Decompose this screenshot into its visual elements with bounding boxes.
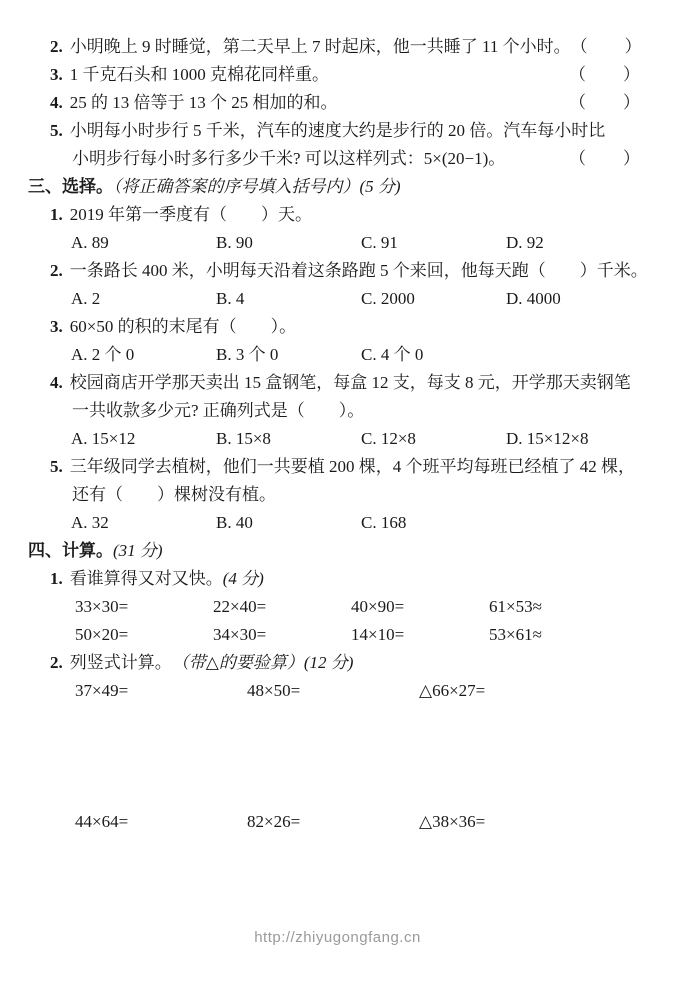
choice-options-1: A. 89B. 90C. 91D. 92 [0, 229, 675, 257]
option-a: A. 32 [71, 509, 216, 537]
item-text: 小明晚上 9 时睡觉，第二天早上 7 时起床，他一共睡了 11 个小时。 [70, 33, 571, 61]
option-c: C. 12×8 [361, 425, 506, 453]
footer-url: http://zhiyugongfang.cn [0, 928, 675, 948]
section-note: （将正确答案的序号填入括号内）(5 分) [113, 177, 401, 196]
answer-bracket: （ ） [569, 61, 641, 89]
judge-item-4: 4. 25 的 13 倍等于 13 个 25 相加的和。 （ ） [0, 89, 675, 117]
item-number: 5. [50, 117, 63, 145]
vertical-expression: 37×49= [75, 677, 247, 705]
vertical-expression: 48×50= [247, 677, 419, 705]
option-c: C. 91 [361, 229, 506, 257]
section-heading-calc: 四、计算。(31 分) [0, 537, 675, 565]
item-number: 3. [50, 61, 63, 89]
question-number: 4. [50, 369, 63, 397]
judge-item-5-continued: 小明步行每小时多行多少千米? 可以这样列式：5×(20−1)。 （ ） [0, 145, 675, 173]
calc-sub1-label: 1. 看谁算得又对又快。(4 分) [0, 565, 675, 593]
sub-number: 2. [50, 649, 63, 677]
vertical-expression: △66×27= [419, 677, 591, 705]
option-b: B. 15×8 [216, 425, 361, 453]
choice-options-3: A. 2 个 0B. 3 个 0C. 4 个 0 [0, 341, 675, 369]
option-b: B. 90 [216, 229, 361, 257]
option-c: C. 4 个 0 [361, 341, 506, 369]
oral-expression: 53×61≈ [489, 621, 627, 649]
oral-expression: 61×53≈ [489, 593, 627, 621]
option-a: A. 89 [71, 229, 216, 257]
vertical-expression: △38×36= [419, 808, 591, 836]
answer-bracket: （ ） [569, 145, 641, 173]
question-text: 2019 年第一季度有（ ）天。 [70, 201, 312, 229]
choice-question-2: 2. 一条路长 400 米，小明每天沿着这条路跑 5 个来回，他每天跑（ ）千米… [0, 257, 675, 285]
item-text: 小明步行每小时多行多少千米? 可以这样列式：5×(20−1)。 [72, 145, 505, 173]
option-d: D. 92 [506, 229, 651, 257]
oral-expression: 50×20= [75, 621, 213, 649]
question-text: 三年级同学去植树，他们一共要植 200 棵，4 个班平均每班已经植了 42 棵， [70, 453, 635, 481]
judge-item-3: 3. 1 千克石头和 1000 克棉花同样重。 （ ） [0, 61, 675, 89]
choice-options-5: A. 32B. 40C. 168 [0, 509, 675, 537]
choice-question-3: 3. 60×50 的积的末尾有（ ）。 [0, 313, 675, 341]
answer-bracket: （ ） [571, 33, 643, 61]
item-number: 2. [50, 33, 63, 61]
question-number: 3. [50, 313, 63, 341]
question-number: 1. [50, 201, 63, 229]
sub-label: 列竖式计算。 [70, 649, 172, 677]
question-text: 一共收款多少元? 正确列式是（ ）。 [72, 401, 364, 420]
item-number: 4. [50, 89, 63, 117]
question-text: 一条路长 400 米，小明每天沿着这条路跑 5 个来回，他每天跑（ ）千米。 [70, 257, 648, 285]
option-a: A. 2 [71, 285, 216, 313]
question-text: 校园商店开学那天卖出 15 盒钢笔，每盒 12 支，每支 8 元，开学那天卖钢笔 [70, 369, 631, 397]
oral-expression: 14×10= [351, 621, 489, 649]
question-text: 60×50 的积的末尾有（ ）。 [70, 313, 296, 341]
option-a: A. 15×12 [71, 425, 216, 453]
option-b: B. 40 [216, 509, 361, 537]
judge-item-5: 5. 小明每小时步行 5 千米，汽车的速度大约是步行的 20 倍。汽车每小时比 [0, 117, 675, 145]
section-title: 三、选择。 [28, 177, 113, 196]
oral-calc-row-1: 33×30=22×40=40×90=61×53≈ [0, 593, 675, 621]
answer-bracket: （ ） [569, 89, 641, 117]
sub-note: （带△的要验算）(12 分) [172, 649, 354, 677]
choice-options-2: A. 2B. 4C. 2000D. 4000 [0, 285, 675, 313]
vertical-expression: 82×26= [247, 808, 419, 836]
item-text: 小明每小时步行 5 千米，汽车的速度大约是步行的 20 倍。汽车每小时比 [70, 117, 606, 145]
choice-question-1: 1. 2019 年第一季度有（ ）天。 [0, 201, 675, 229]
oral-expression: 40×90= [351, 593, 489, 621]
section-title: 四、计算。 [28, 541, 113, 560]
item-text: 1 千克石头和 1000 克棉花同样重。 [70, 61, 329, 89]
vertical-calc-row-2: 44×64=82×26=△38×36= [0, 808, 675, 836]
sub-label: 看谁算得又对又快。 [70, 565, 223, 593]
option-d: D. 15×12×8 [506, 425, 651, 453]
oral-calc-row-2: 50×20=34×30=14×10=53×61≈ [0, 621, 675, 649]
section-note: (31 分) [113, 541, 163, 560]
option-c: C. 2000 [361, 285, 506, 313]
question-text: 还有（ ）棵树没有植。 [72, 485, 276, 504]
vertical-expression: 44×64= [75, 808, 247, 836]
oral-expression: 33×30= [75, 593, 213, 621]
choice-question-5-continued: 还有（ ）棵树没有植。 [0, 481, 675, 509]
oral-expression: 34×30= [213, 621, 351, 649]
choice-options-4: A. 15×12B. 15×8C. 12×8D. 15×12×8 [0, 425, 675, 453]
sub-note: (4 分) [223, 565, 264, 593]
judge-item-2: 2. 小明晚上 9 时睡觉，第二天早上 7 时起床，他一共睡了 11 个小时。 … [0, 33, 675, 61]
sub-number: 1. [50, 565, 63, 593]
item-text: 25 的 13 倍等于 13 个 25 相加的和。 [70, 89, 338, 117]
option-b: B. 4 [216, 285, 361, 313]
question-number: 5. [50, 453, 63, 481]
choice-question-4-continued: 一共收款多少元? 正确列式是（ ）。 [0, 397, 675, 425]
vertical-calc-row-1: 37×49=48×50=△66×27= [0, 677, 675, 705]
option-b: B. 3 个 0 [216, 341, 361, 369]
section-heading-choice: 三、选择。（将正确答案的序号填入括号内）(5 分) [0, 173, 675, 201]
option-c: C. 168 [361, 509, 506, 537]
choice-question-5: 5. 三年级同学去植树，他们一共要植 200 棵，4 个班平均每班已经植了 42… [0, 453, 675, 481]
choice-question-4: 4. 校园商店开学那天卖出 15 盒钢笔，每盒 12 支，每支 8 元，开学那天… [0, 369, 675, 397]
question-number: 2. [50, 257, 63, 285]
option-d: D. 4000 [506, 285, 651, 313]
calc-sub2-label: 2. 列竖式计算。（带△的要验算）(12 分) [0, 649, 675, 677]
worksheet-page: 2. 小明晚上 9 时睡觉，第二天早上 7 时起床，他一共睡了 11 个小时。 … [0, 0, 675, 948]
oral-expression: 22×40= [213, 593, 351, 621]
option-a: A. 2 个 0 [71, 341, 216, 369]
